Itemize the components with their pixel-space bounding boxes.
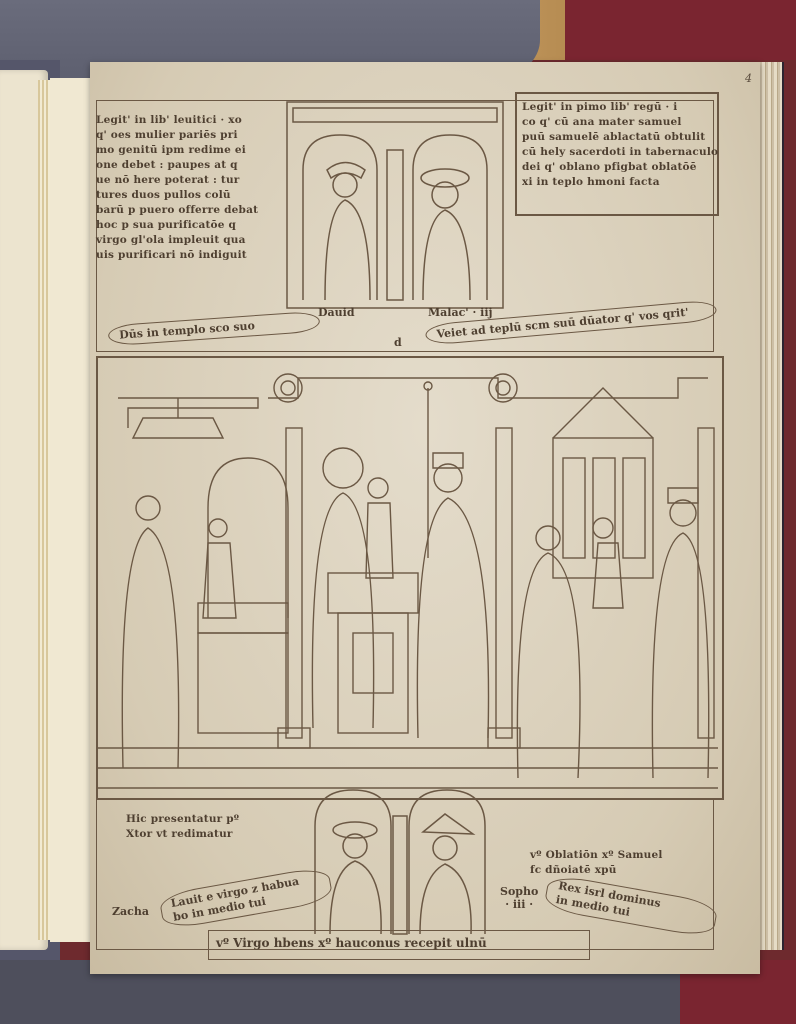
bottom-caption: vº Virgo hbens xº hauconus recepit ulnū [216,936,487,950]
text-line: hoc p sua purificatōe q [96,218,258,233]
bottom-left-text-block: Hic presentatur pº Xtor vt redimatur [126,812,239,842]
text-line: fc dñoiatē xpū [530,863,663,878]
text-line: vº Oblatiōn xº Samuel [530,848,663,863]
text-line: tures duos pullos colū [96,188,258,203]
prophet-label-malachi: Malac' · iij [428,306,493,319]
top-right-text-block: Legit' in pimo lib' regū · i co q' cū an… [522,100,718,190]
text-line: puū samuelē ablactatū obtulit [522,130,718,145]
prophet-label-zacharias: Zacha [112,905,149,918]
text-line: uis purificari nō indiguit [96,248,258,263]
text-line: Legit' in pimo lib' regū · i [522,100,718,115]
text-line: Xtor vt redimatur [126,827,239,842]
text-line: dei q' oblano pfigbat oblatōē [522,160,718,175]
prophets-illustration-top [285,100,505,310]
top-left-text-block: Legit' in lib' leuitici · xo q' oes muli… [96,113,258,263]
text-line: q' oes mulier pariēs pri [96,128,258,143]
prophets-illustration-bottom [305,776,495,936]
text-line: virgo gl'ola impleuit qua [96,233,258,248]
text-line: one debet : paupes at q [96,158,258,173]
prophet-label-david: Dauid [318,306,355,319]
text-line: ue nō here poterat : tur [96,173,258,188]
text-line: barū p puero offerre debat [96,203,258,218]
text-line: Legit' in lib' leuitici · xo [96,113,258,128]
text-line: cū hely sacerdoti in tabernaculo [522,145,718,160]
presentation-in-temple-woodcut [98,358,718,794]
text-line: Hic presentatur pº [126,812,239,827]
bottom-right-text-block: vº Oblatiōn xº Samuel fc dñoiatē xpū [530,848,663,878]
prophet-name: Sopho [500,885,538,898]
text-line: co q' cū ana mater samuel [522,115,718,130]
text-line: xi in teplo hmoni facta [522,175,718,190]
prophet-chapter: · iii · [500,898,538,911]
prophet-label-sophonias: Sopho · iii · [500,885,538,911]
banderole-center-mark: d [394,336,402,349]
text-line: mo genitū ipm redime ei [96,143,258,158]
folio-number: 4 [745,72,752,85]
